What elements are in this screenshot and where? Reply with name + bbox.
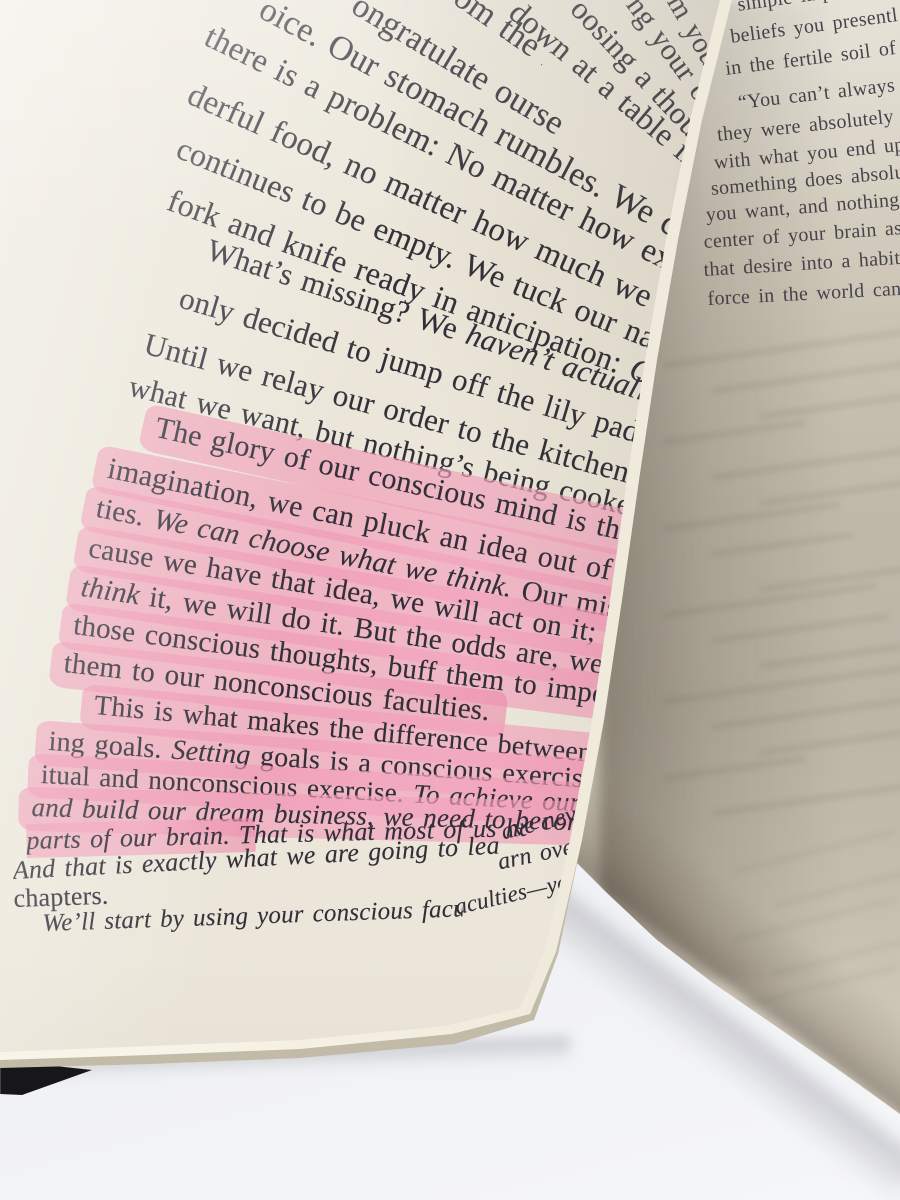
book-photo: simple impbeliefs you presentlin the fer… [0,0,900,1200]
